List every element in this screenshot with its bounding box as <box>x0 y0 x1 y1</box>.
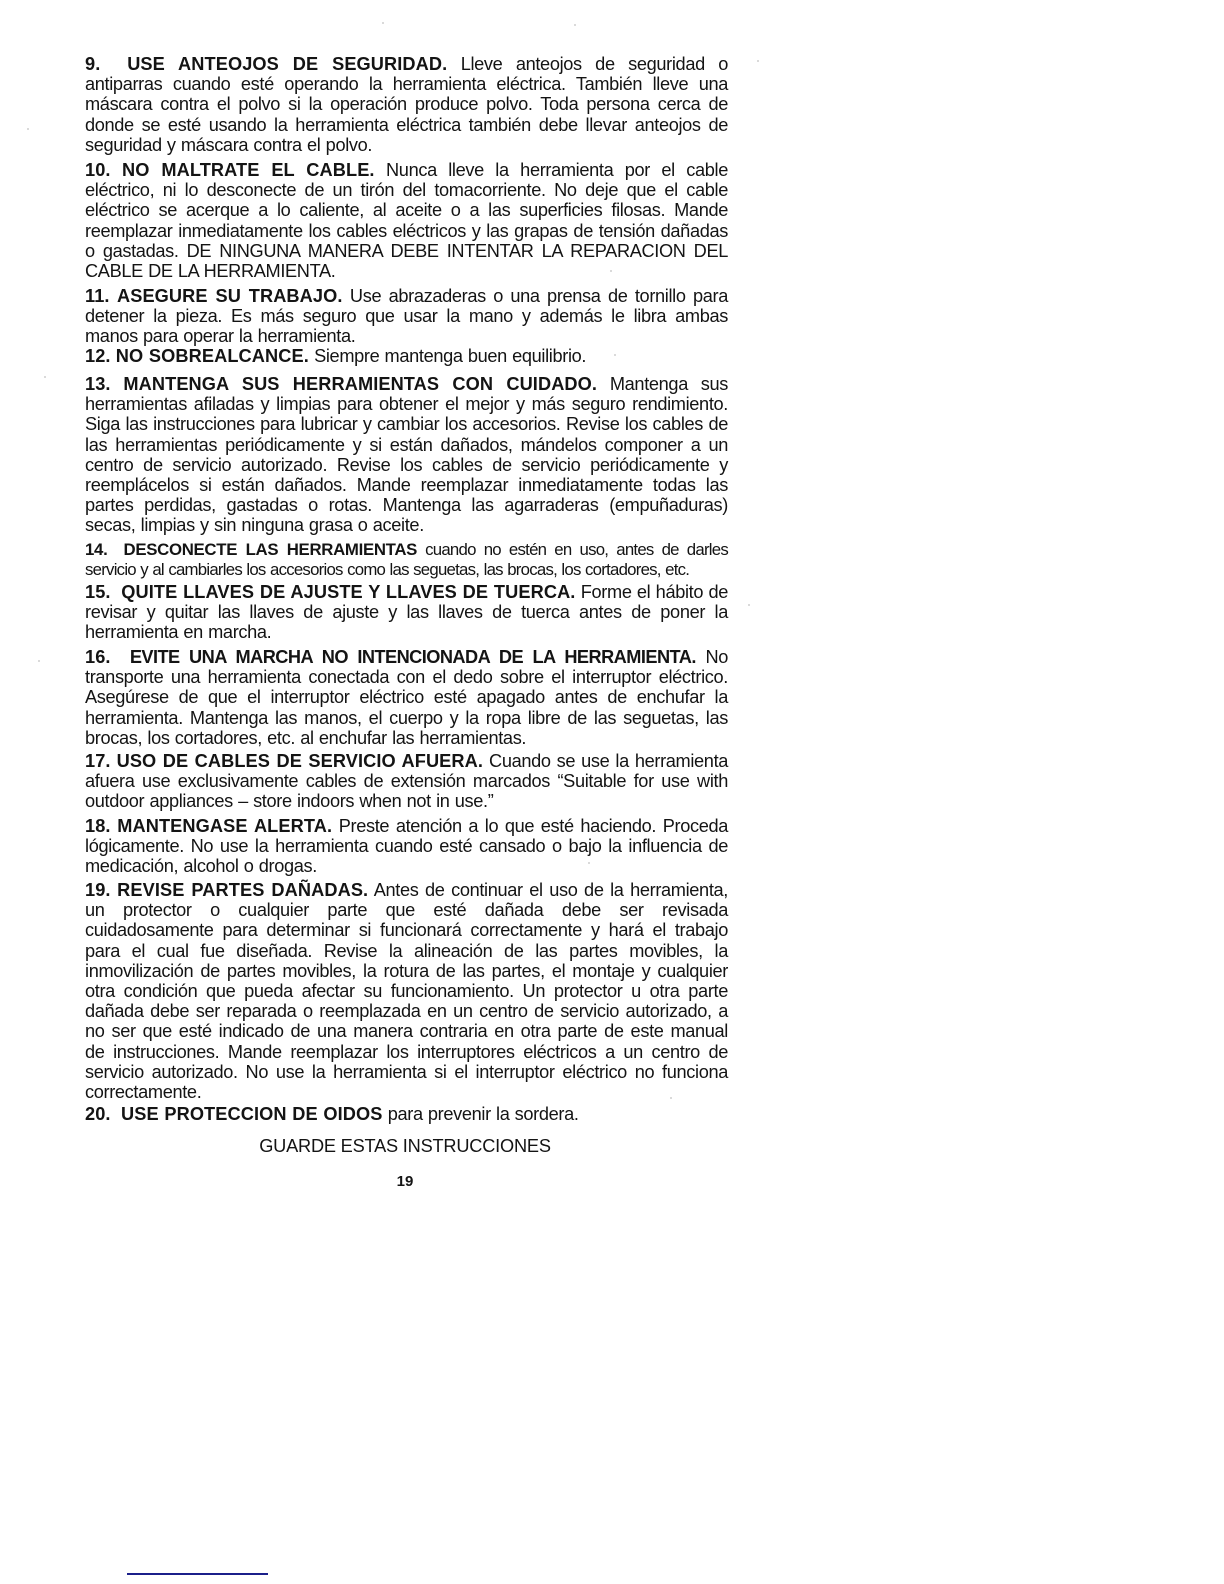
item-number: 18. <box>85 816 111 836</box>
safety-item-10: 10. NO MALTRATE EL CABLE. Nunca lleve la… <box>85 160 728 281</box>
scan-speck <box>757 60 759 62</box>
item-heading: QUITE LLAVES DE AJUSTE Y LLAVES DE TUERC… <box>121 582 575 602</box>
scan-speck <box>748 604 750 606</box>
blue-rule-line <box>127 1573 268 1575</box>
item-number: 12. <box>85 346 111 366</box>
item-number: 17. <box>85 751 111 771</box>
scan-speck <box>27 128 29 130</box>
item-number: 10. <box>85 160 111 180</box>
save-instructions-heading: GUARDE ESTAS INSTRUCCIONES <box>0 1136 810 1157</box>
item-number: 20. <box>85 1104 111 1124</box>
item-number: 16. <box>85 647 111 667</box>
item-body: para prevenir la sordera. <box>388 1104 579 1124</box>
safety-item-13: 13. MANTENGA SUS HERRAMIENTAS CON CUIDAD… <box>85 374 728 536</box>
scan-speck <box>574 24 576 26</box>
safety-item-14: 14. DESCONECTE LAS HERRAMIENTAS cuando n… <box>85 540 728 580</box>
item-heading: DESCONECTE LAS HERRAMIENTAS <box>124 540 418 559</box>
item-heading: ASEGURE SU TRABAJO. <box>117 286 343 306</box>
scan-speck <box>610 270 612 272</box>
safety-item-15: 15. QUITE LLAVES DE AJUSTE Y LLAVES DE T… <box>85 582 728 643</box>
item-number: 14. <box>85 540 107 559</box>
item-number: 13. <box>85 374 111 394</box>
item-heading: USE ANTEOJOS DE SEGURIDAD. <box>127 54 447 74</box>
safety-item-18: 18. MANTENGASE ALERTA. Preste atención a… <box>85 816 728 877</box>
item-body: Siempre mantenga buen equilibrio. <box>314 346 586 366</box>
item-heading: EVITE UNA MARCHA NO INTENCIONADA DE LA H… <box>130 647 696 667</box>
scan-speck <box>38 660 40 662</box>
safety-item-9: 9. USE ANTEOJOS DE SEGURIDAD. Lleve ante… <box>85 54 728 155</box>
safety-item-11: 11. ASEGURE SU TRABAJO. Use abrazaderas … <box>85 286 728 347</box>
scan-speck <box>44 376 46 378</box>
scan-speck <box>382 22 384 24</box>
scan-speck <box>670 1097 672 1099</box>
safety-item-16: 16. EVITE UNA MARCHA NO INTENCIONADA DE … <box>85 647 728 748</box>
item-number: 9. <box>85 54 100 74</box>
item-heading: MANTENGASE ALERTA. <box>117 816 332 836</box>
safety-item-17: 17. USO DE CABLES DE SERVICIO AFUERA. Cu… <box>85 751 728 812</box>
safety-item-12: 12. NO SOBREALCANCE. Siempre mantenga bu… <box>85 346 728 366</box>
item-number: 19. <box>85 880 111 900</box>
item-heading: REVISE PARTES DAÑADAS. <box>117 880 368 900</box>
page-number: 19 <box>0 1173 810 1190</box>
item-heading: NO SOBREALCANCE. <box>116 346 309 366</box>
item-number: 15. <box>85 582 111 602</box>
item-body: Mantenga sus herramientas afiladas y lim… <box>85 374 728 535</box>
item-body: Antes de continuar el uso de la herramie… <box>85 880 728 1102</box>
item-heading: MANTENGA SUS HERRAMIENTAS CON CUIDADO. <box>123 374 597 394</box>
scan-speck <box>588 862 590 864</box>
item-heading: NO MALTRATE EL CABLE. <box>122 160 375 180</box>
scan-speck <box>614 354 616 356</box>
item-heading: USE PROTECCION DE OIDOS <box>121 1104 383 1124</box>
manual-page: 9. USE ANTEOJOS DE SEGURIDAD. Lleve ante… <box>0 0 1224 1584</box>
safety-item-19: 19. REVISE PARTES DAÑADAS. Antes de cont… <box>85 880 728 1102</box>
item-number: 11. <box>85 286 110 306</box>
safety-item-20: 20. USE PROTECCION DE OIDOS para preveni… <box>85 1104 728 1124</box>
item-heading: USO DE CABLES DE SERVICIO AFUERA. <box>117 751 483 771</box>
